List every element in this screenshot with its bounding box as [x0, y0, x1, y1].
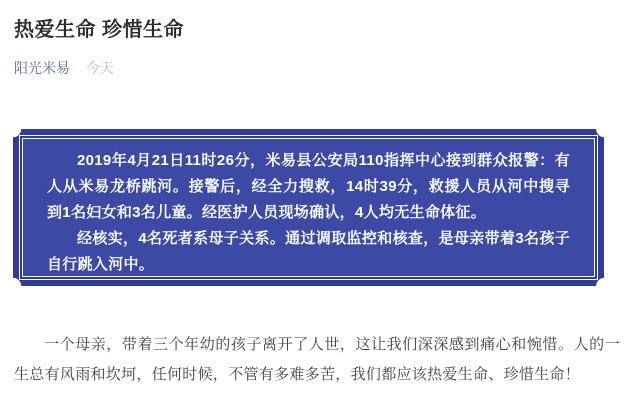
byline: 阳光米易 今天	[14, 58, 114, 78]
police-notice-box: 2019年4月21日11时26分，米易县公安局110指挥中心接到群众报警：有人从…	[13, 129, 604, 286]
notice-box-inner-frame: 2019年4月21日11时26分，米易县公安局110指挥中心接到群众报警：有人从…	[22, 138, 595, 277]
notice-paragraph-2: 经核实，4名死者系母子关系。通过调取监控和核查，是母亲带着3名孩子自行跳入河中。	[47, 226, 570, 277]
notice-paragraph-1: 2019年4月21日11时26分，米易县公安局110指挥中心接到群众报警：有人从…	[47, 148, 570, 226]
article-page: 热爱生命 珍惜生命 阳光米易 今天 2019年4月21日11时26分，米易县公安…	[0, 0, 633, 400]
article-title: 热爱生命 珍惜生命	[14, 13, 184, 42]
closing-paragraph: 一个母亲，带着三个年幼的孩子离开了人世，这让我们深深感到痛心和惋惜。人的一生总有…	[14, 330, 620, 390]
account-name-link[interactable]: 阳光米易	[14, 60, 70, 76]
notice-box-outer-frame: 2019年4月21日11时26分，米易县公安局110指挥中心接到群众报警：有人从…	[19, 135, 598, 280]
publish-date: 今天	[86, 60, 114, 76]
